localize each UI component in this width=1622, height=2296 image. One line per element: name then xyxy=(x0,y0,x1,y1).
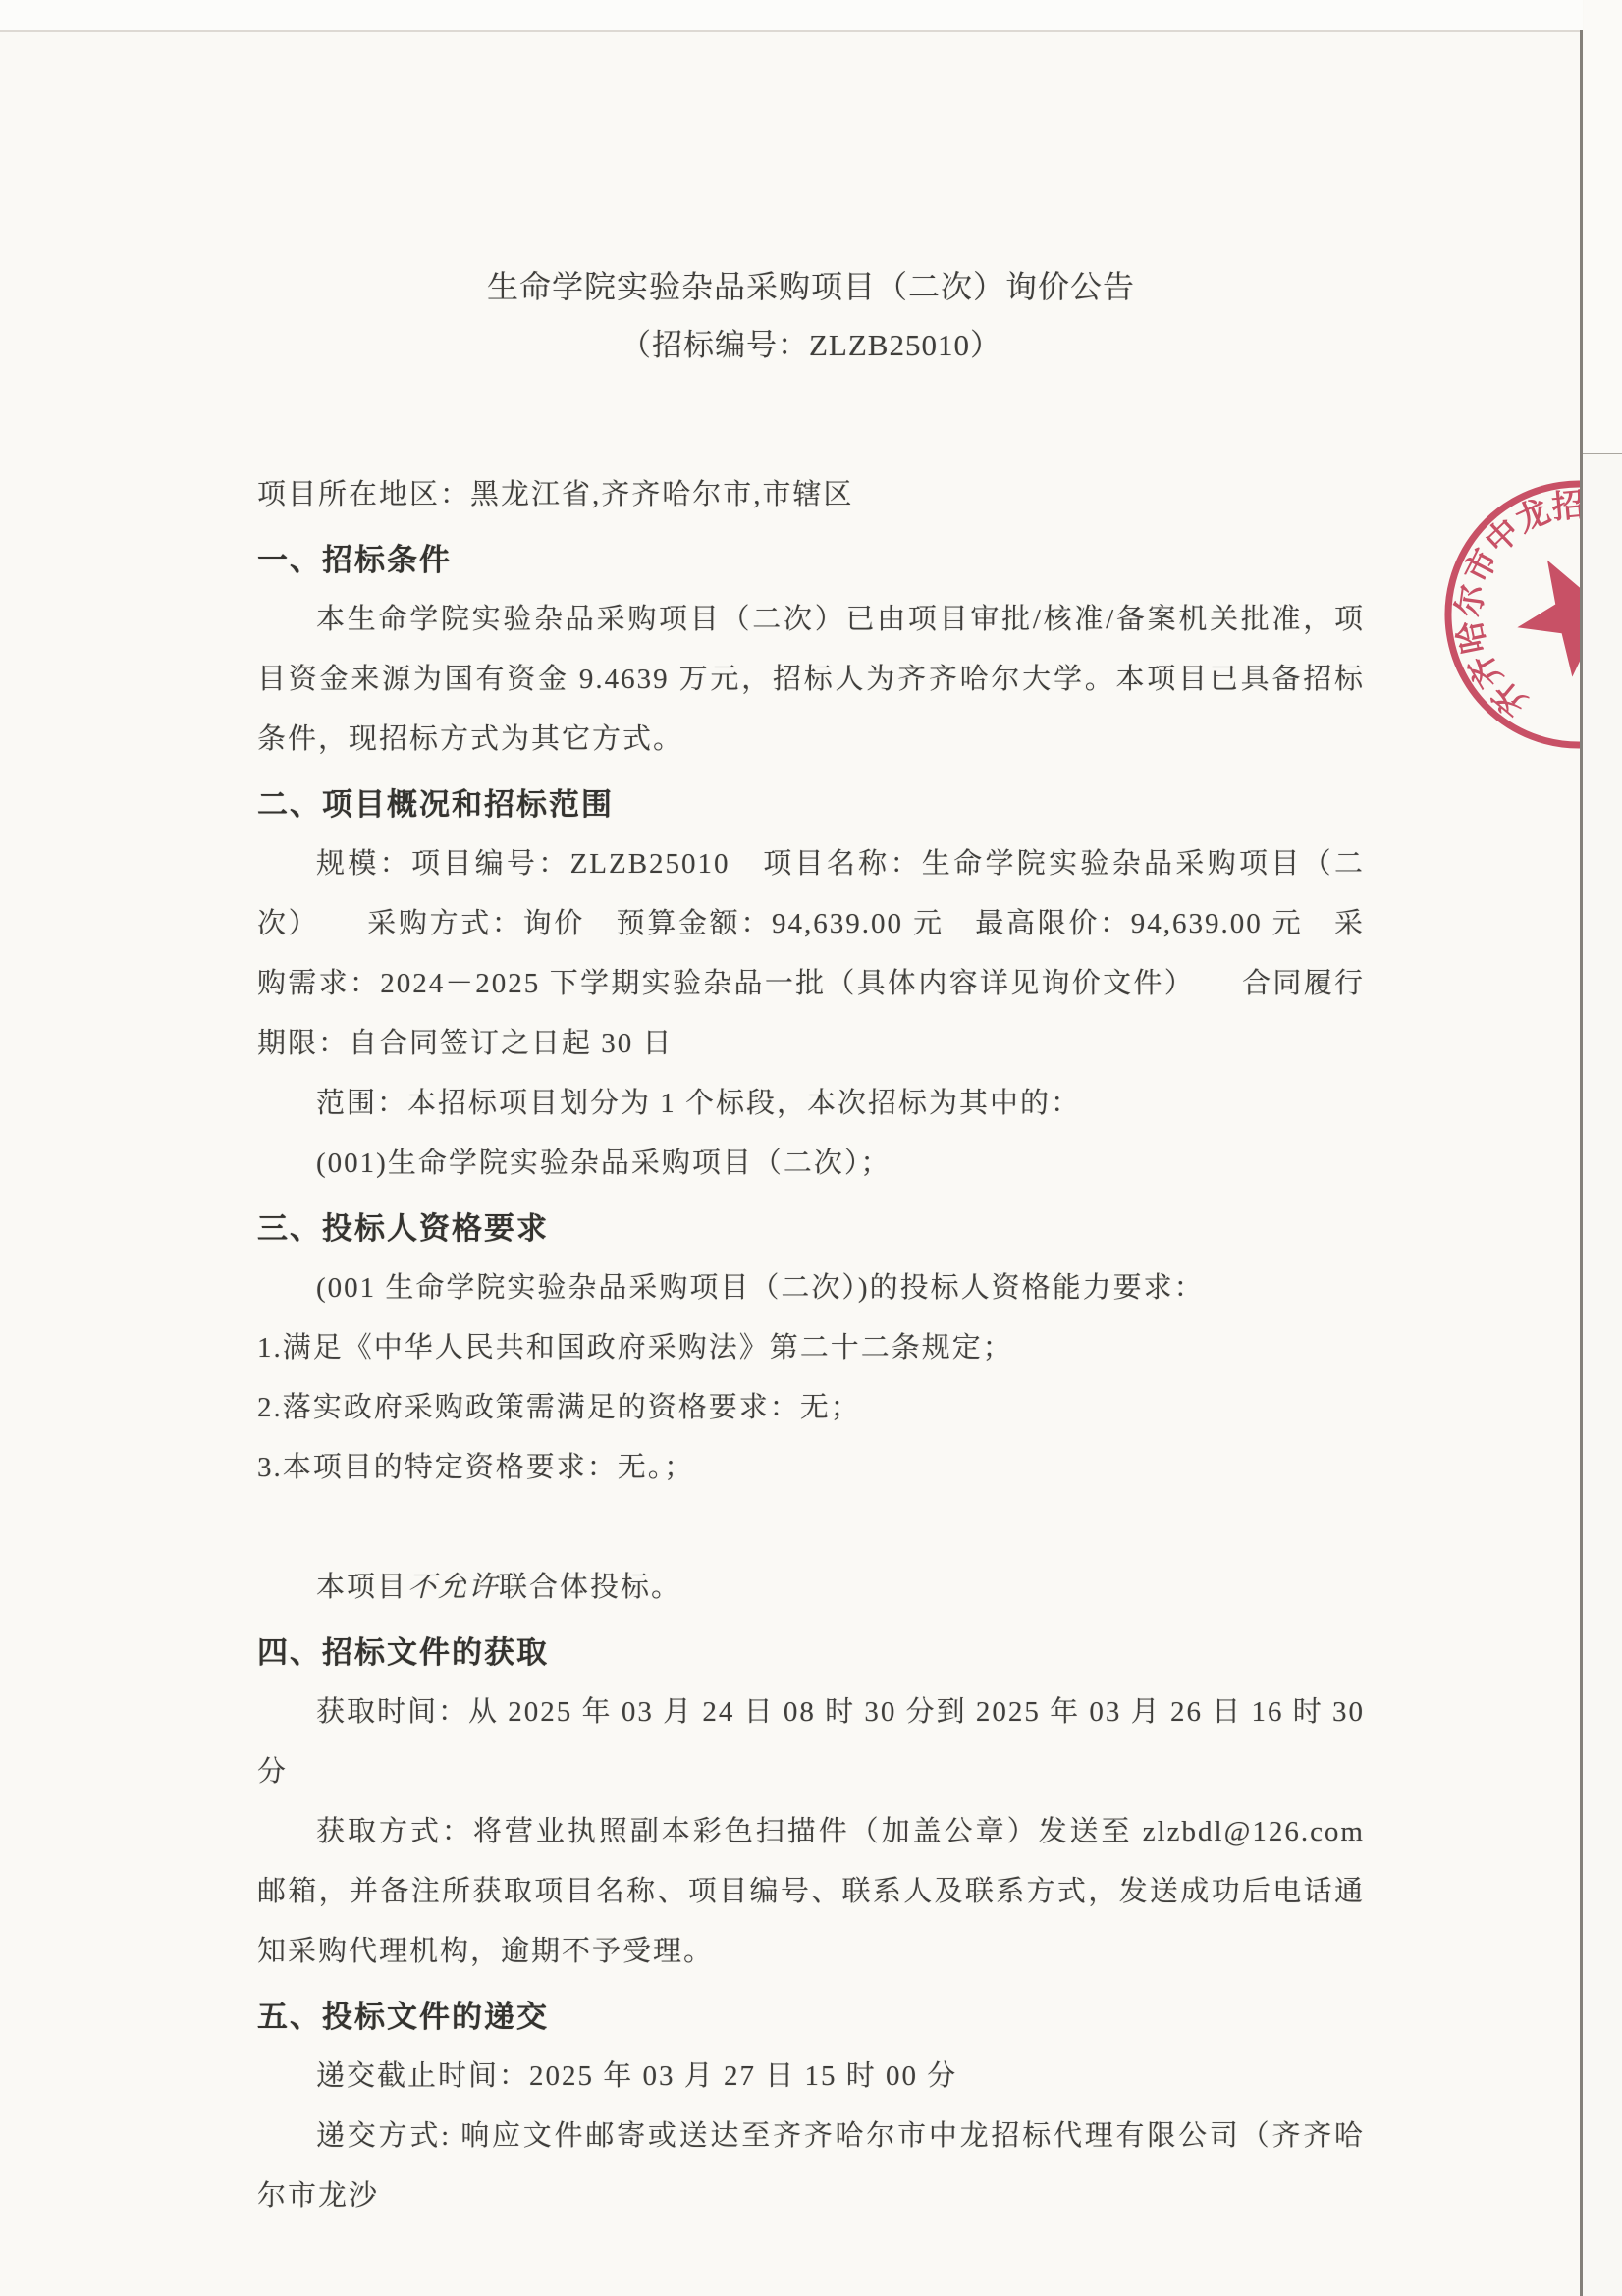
qualification-item-3: 3.本项目的特定资格要求：无。； xyxy=(257,1438,1365,1498)
underlying-page-edge xyxy=(1583,453,1622,454)
section-2-lot-line: (001)生命学院实验杂品采购项目（二次）； xyxy=(257,1134,1365,1194)
svg-text:齐齐哈尔市中龙招标代理有限公司: 齐齐哈尔市中龙招标代理有限公司 xyxy=(1405,440,1580,729)
joint-bid-suffix: 联合体投标。 xyxy=(499,1572,681,1603)
section-1-heading: 一、招标条件 xyxy=(257,530,1365,590)
seal-company-name: 齐齐哈尔市中龙招标代理有限公司 xyxy=(1405,440,1580,729)
qualification-item-1: 1.满足《中华人民共和国政府采购法》第二十二条规定； xyxy=(257,1318,1365,1378)
scanned-page: 生命学院实验杂品采购项目（二次）询价公告 （招标编号：ZLZB25010） 项目… xyxy=(0,0,1622,2296)
page-right-edge xyxy=(1580,30,1583,2296)
project-location-line: 项目所在地区：黑龙江省,齐齐哈尔市,市辖区 xyxy=(257,465,1365,525)
document-body: 项目所在地区：黑龙江省,齐齐哈尔市,市辖区 一、招标条件 本生命学院实验杂品采购… xyxy=(257,465,1365,2226)
section-4-time-line: 获取时间：从 2025 年 03 月 24 日 08 时 30 分到 2025 … xyxy=(257,1682,1365,1802)
seal-ring xyxy=(1400,436,1580,792)
joint-bid-prefix: 本项目 xyxy=(316,1572,407,1603)
section-5-method-line: 递交方式: 响应文件邮寄或送达至齐齐哈尔市中龙招标代理有限公司（齐齐哈尔市龙沙 xyxy=(257,2107,1365,2226)
joint-bid-not-allowed: 不允许 xyxy=(407,1572,499,1603)
section-5-deadline-line: 递交截止时间：2025 年 03 月 27 日 15 时 00 分 xyxy=(257,2047,1365,2107)
scan-top-band xyxy=(0,0,1583,30)
section-3-intro-line: (001 生命学院实验杂品采购项目（二次）)的投标人资格能力要求： xyxy=(257,1258,1365,1318)
scan-right-strip-lower xyxy=(1584,454,1622,2296)
section-3-heading: 三、投标人资格要求 xyxy=(257,1199,1365,1258)
star-icon xyxy=(1495,530,1580,688)
section-2-scope-line: 范围：本招标项目划分为 1 个标段，本次招标为其中的： xyxy=(257,1074,1365,1134)
section-4-method-paragraph: 获取方式：将营业执照副本彩色扫描件（加盖公章）发送至 zlzbdl@126.co… xyxy=(257,1802,1365,1982)
company-seal-stamp: 齐齐哈尔市中龙招标代理有限公司 xyxy=(1382,418,1580,811)
section-1-paragraph: 本生命学院实验杂品采购项目（二次）已由项目审批/核准/备案机关批准，项目资金来源… xyxy=(257,590,1365,770)
tender-number-subtitle: （招标编号：ZLZB25010） xyxy=(257,325,1365,366)
qualification-item-2: 2.落实政府采购政策需满足的资格要求：无； xyxy=(257,1378,1365,1438)
section-2-scale-paragraph: 规模：项目编号：ZLZB25010 项目名称：生命学院实验杂品采购项目（二次） … xyxy=(257,834,1365,1074)
section-5-heading: 五、投标文件的递交 xyxy=(257,1987,1365,2047)
joint-bid-line: 本项目不允许联合体投标。 xyxy=(257,1558,1365,1618)
page-top-edge xyxy=(0,30,1583,32)
section-4-heading: 四、招标文件的获取 xyxy=(257,1623,1365,1682)
section-2-heading: 二、项目概况和招标范围 xyxy=(257,774,1365,834)
document-title: 生命学院实验杂品采购项目（二次）询价公告 xyxy=(257,266,1365,307)
blank-line xyxy=(257,1498,1365,1558)
